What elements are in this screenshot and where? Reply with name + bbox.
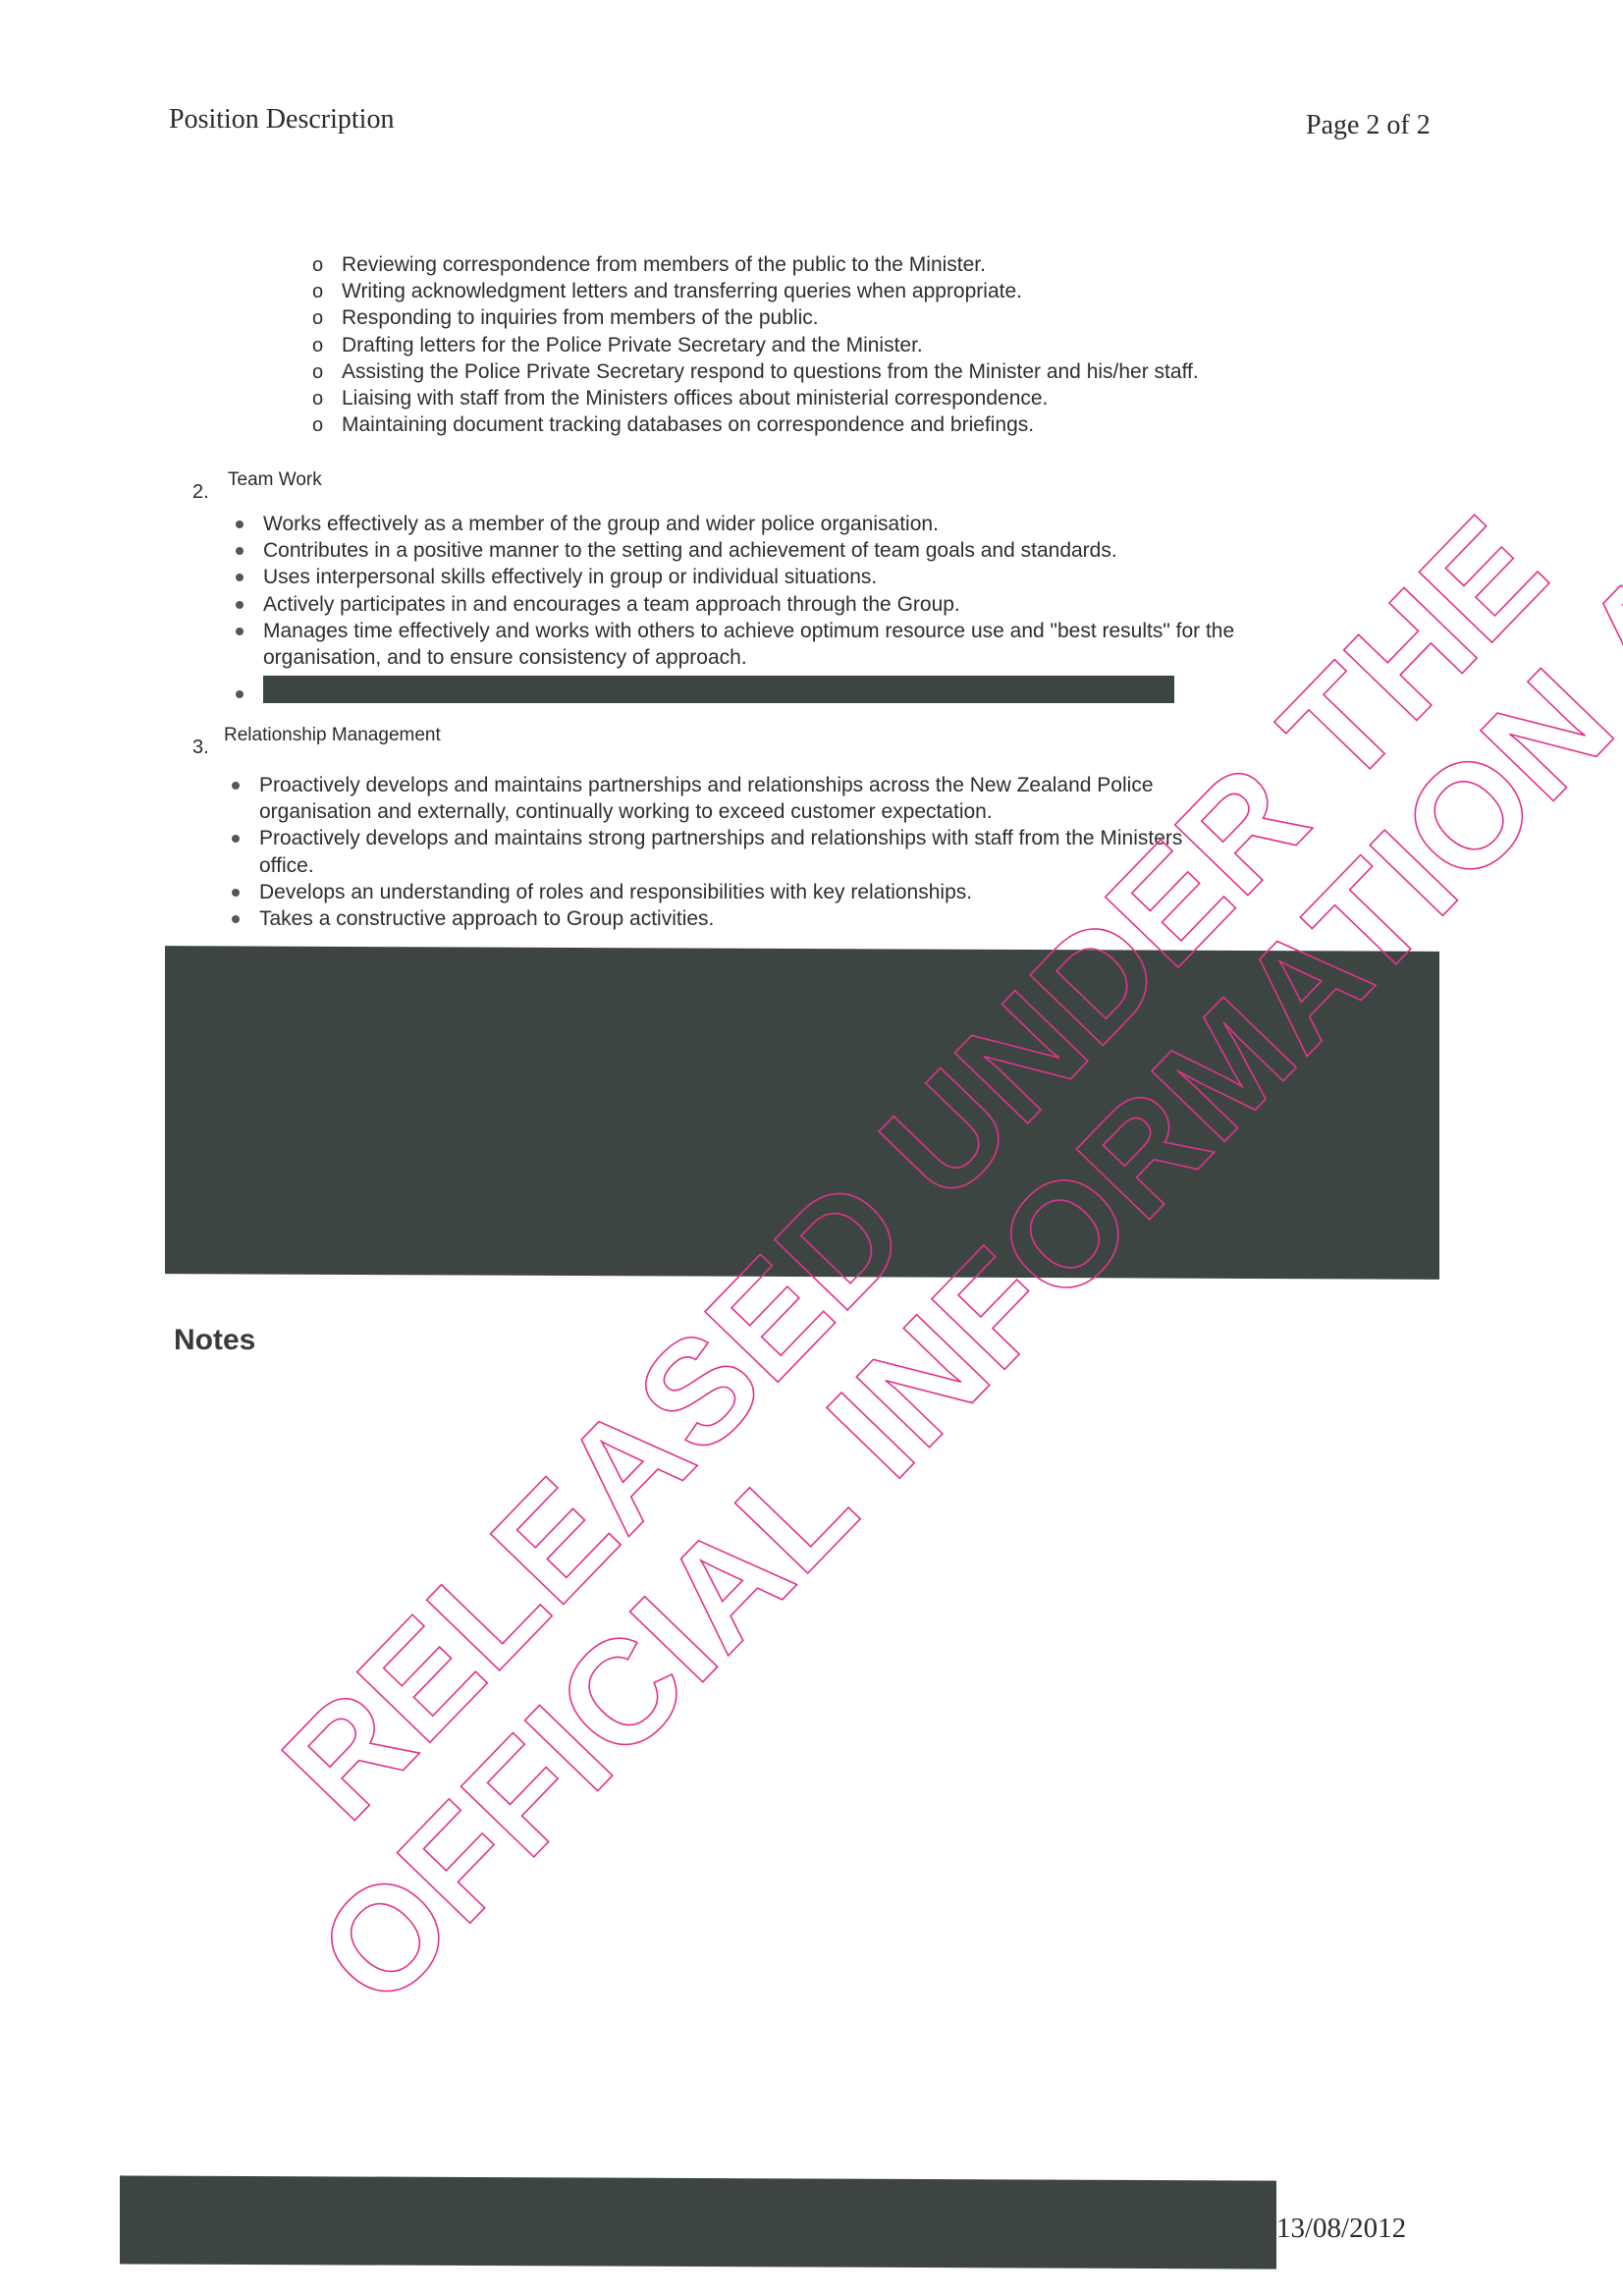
list-item-text: Proactively develops and maintains partn… <box>259 772 1465 798</box>
relationship-list: Proactively develops and maintains partn… <box>228 772 1465 932</box>
list-item-text: Develops an understanding of roles and r… <box>259 879 1465 905</box>
list-item-text: Actively participates in and encourages … <box>263 591 1469 618</box>
list-item-text: Works effectively as a member of the gro… <box>263 511 1469 537</box>
sub-list-text: Responding to inquiries from members of … <box>342 306 819 329</box>
circle-bullet-icon: o <box>312 359 342 386</box>
list-item-text: Uses interpersonal skills effectively in… <box>263 564 1469 590</box>
sub-list-text: Liaising with staff from the Ministers o… <box>342 387 1048 410</box>
list-item: Proactively develops and maintains stron… <box>228 825 1465 878</box>
bullet-dot-icon <box>232 835 240 843</box>
document-title: Position Description <box>169 104 394 136</box>
circle-bullet-icon: o <box>312 279 342 305</box>
sub-list-item: oReviewing correspondence from members o… <box>312 251 1199 278</box>
sub-list-item: oMaintaining document tracking databases… <box>312 411 1199 438</box>
bullet-dot <box>236 690 243 698</box>
sub-list-item: oLiaising with staff from the Ministers … <box>312 385 1199 411</box>
team-work-list: Works effectively as a member of the gro… <box>232 511 1469 671</box>
sub-list-text: Maintaining document tracking databases … <box>342 413 1034 436</box>
sub-list-text: Drafting letters for the Police Private … <box>342 334 923 356</box>
list-item: Develops an understanding of roles and r… <box>228 879 1465 905</box>
list-item: Works effectively as a member of the gro… <box>232 511 1469 537</box>
footer-date: 13/08/2012 <box>1276 2213 1406 2245</box>
bullet-dot-icon <box>236 547 243 555</box>
circle-bullet-icon: o <box>312 386 342 412</box>
sub-list-text: Reviewing correspondence from members of… <box>342 253 986 276</box>
circle-bullet-icon: o <box>312 252 342 279</box>
sub-list-text: Assisting the Police Private Secretary r… <box>342 360 1199 383</box>
bullet-dot-icon <box>236 628 243 635</box>
bullet-dot-icon <box>236 601 243 609</box>
list-item-text: organisation, and to ensure consistency … <box>263 644 1469 671</box>
bullet-dot-icon <box>232 782 240 790</box>
bullet-dot-icon <box>232 915 240 923</box>
list-item: Takes a constructive approach to Group a… <box>228 905 1465 932</box>
list-item-text: Takes a constructive approach to Group a… <box>259 905 1465 932</box>
circle-bullet-icon: o <box>312 333 342 359</box>
sub-list-item: oResponding to inquiries from members of… <box>312 304 1199 331</box>
circle-bullet-icon: o <box>312 412 342 439</box>
bullet-dot-icon <box>232 889 240 897</box>
redaction-block <box>165 946 1439 1280</box>
page-number: Page 2 of 2 <box>1306 110 1431 141</box>
circle-bullet-icon: o <box>312 305 342 332</box>
notes-heading: Notes <box>174 1324 255 1357</box>
list-item: Proactively develops and maintains partn… <box>228 772 1465 825</box>
section-title: Team Work <box>228 469 322 491</box>
list-item: Manages time effectively and works with … <box>232 618 1469 671</box>
bullet-dot-icon <box>236 574 243 581</box>
section-number: 3. <box>192 737 209 759</box>
list-item-text: Manages time effectively and works with … <box>263 618 1469 644</box>
list-item-text: organisation and externally, continually… <box>259 798 1465 825</box>
section-number: 2. <box>192 481 209 504</box>
list-item: Actively participates in and encourages … <box>232 591 1469 618</box>
sub-list-text: Writing acknowledgment letters and trans… <box>342 280 1022 302</box>
section-title: Relationship Management <box>224 725 441 746</box>
redaction-bar <box>263 676 1174 703</box>
list-item: Uses interpersonal skills effectively in… <box>232 564 1469 590</box>
list-item: Contributes in a positive manner to the … <box>232 537 1469 564</box>
list-item-text: Proactively develops and maintains stron… <box>259 825 1465 851</box>
footer-redaction <box>120 2175 1276 2269</box>
sub-list-item: oWriting acknowledgment letters and tran… <box>312 278 1199 304</box>
bullet-dot-icon <box>236 520 243 528</box>
sub-list-item: oAssisting the Police Private Secretary … <box>312 358 1199 385</box>
list-item-text: Contributes in a positive manner to the … <box>263 537 1469 564</box>
duties-sub-list: oReviewing correspondence from members o… <box>312 251 1199 438</box>
list-item-text: office. <box>259 852 1465 879</box>
redacted-bullet <box>232 683 251 703</box>
sub-list-item: oDrafting letters for the Police Private… <box>312 332 1199 358</box>
